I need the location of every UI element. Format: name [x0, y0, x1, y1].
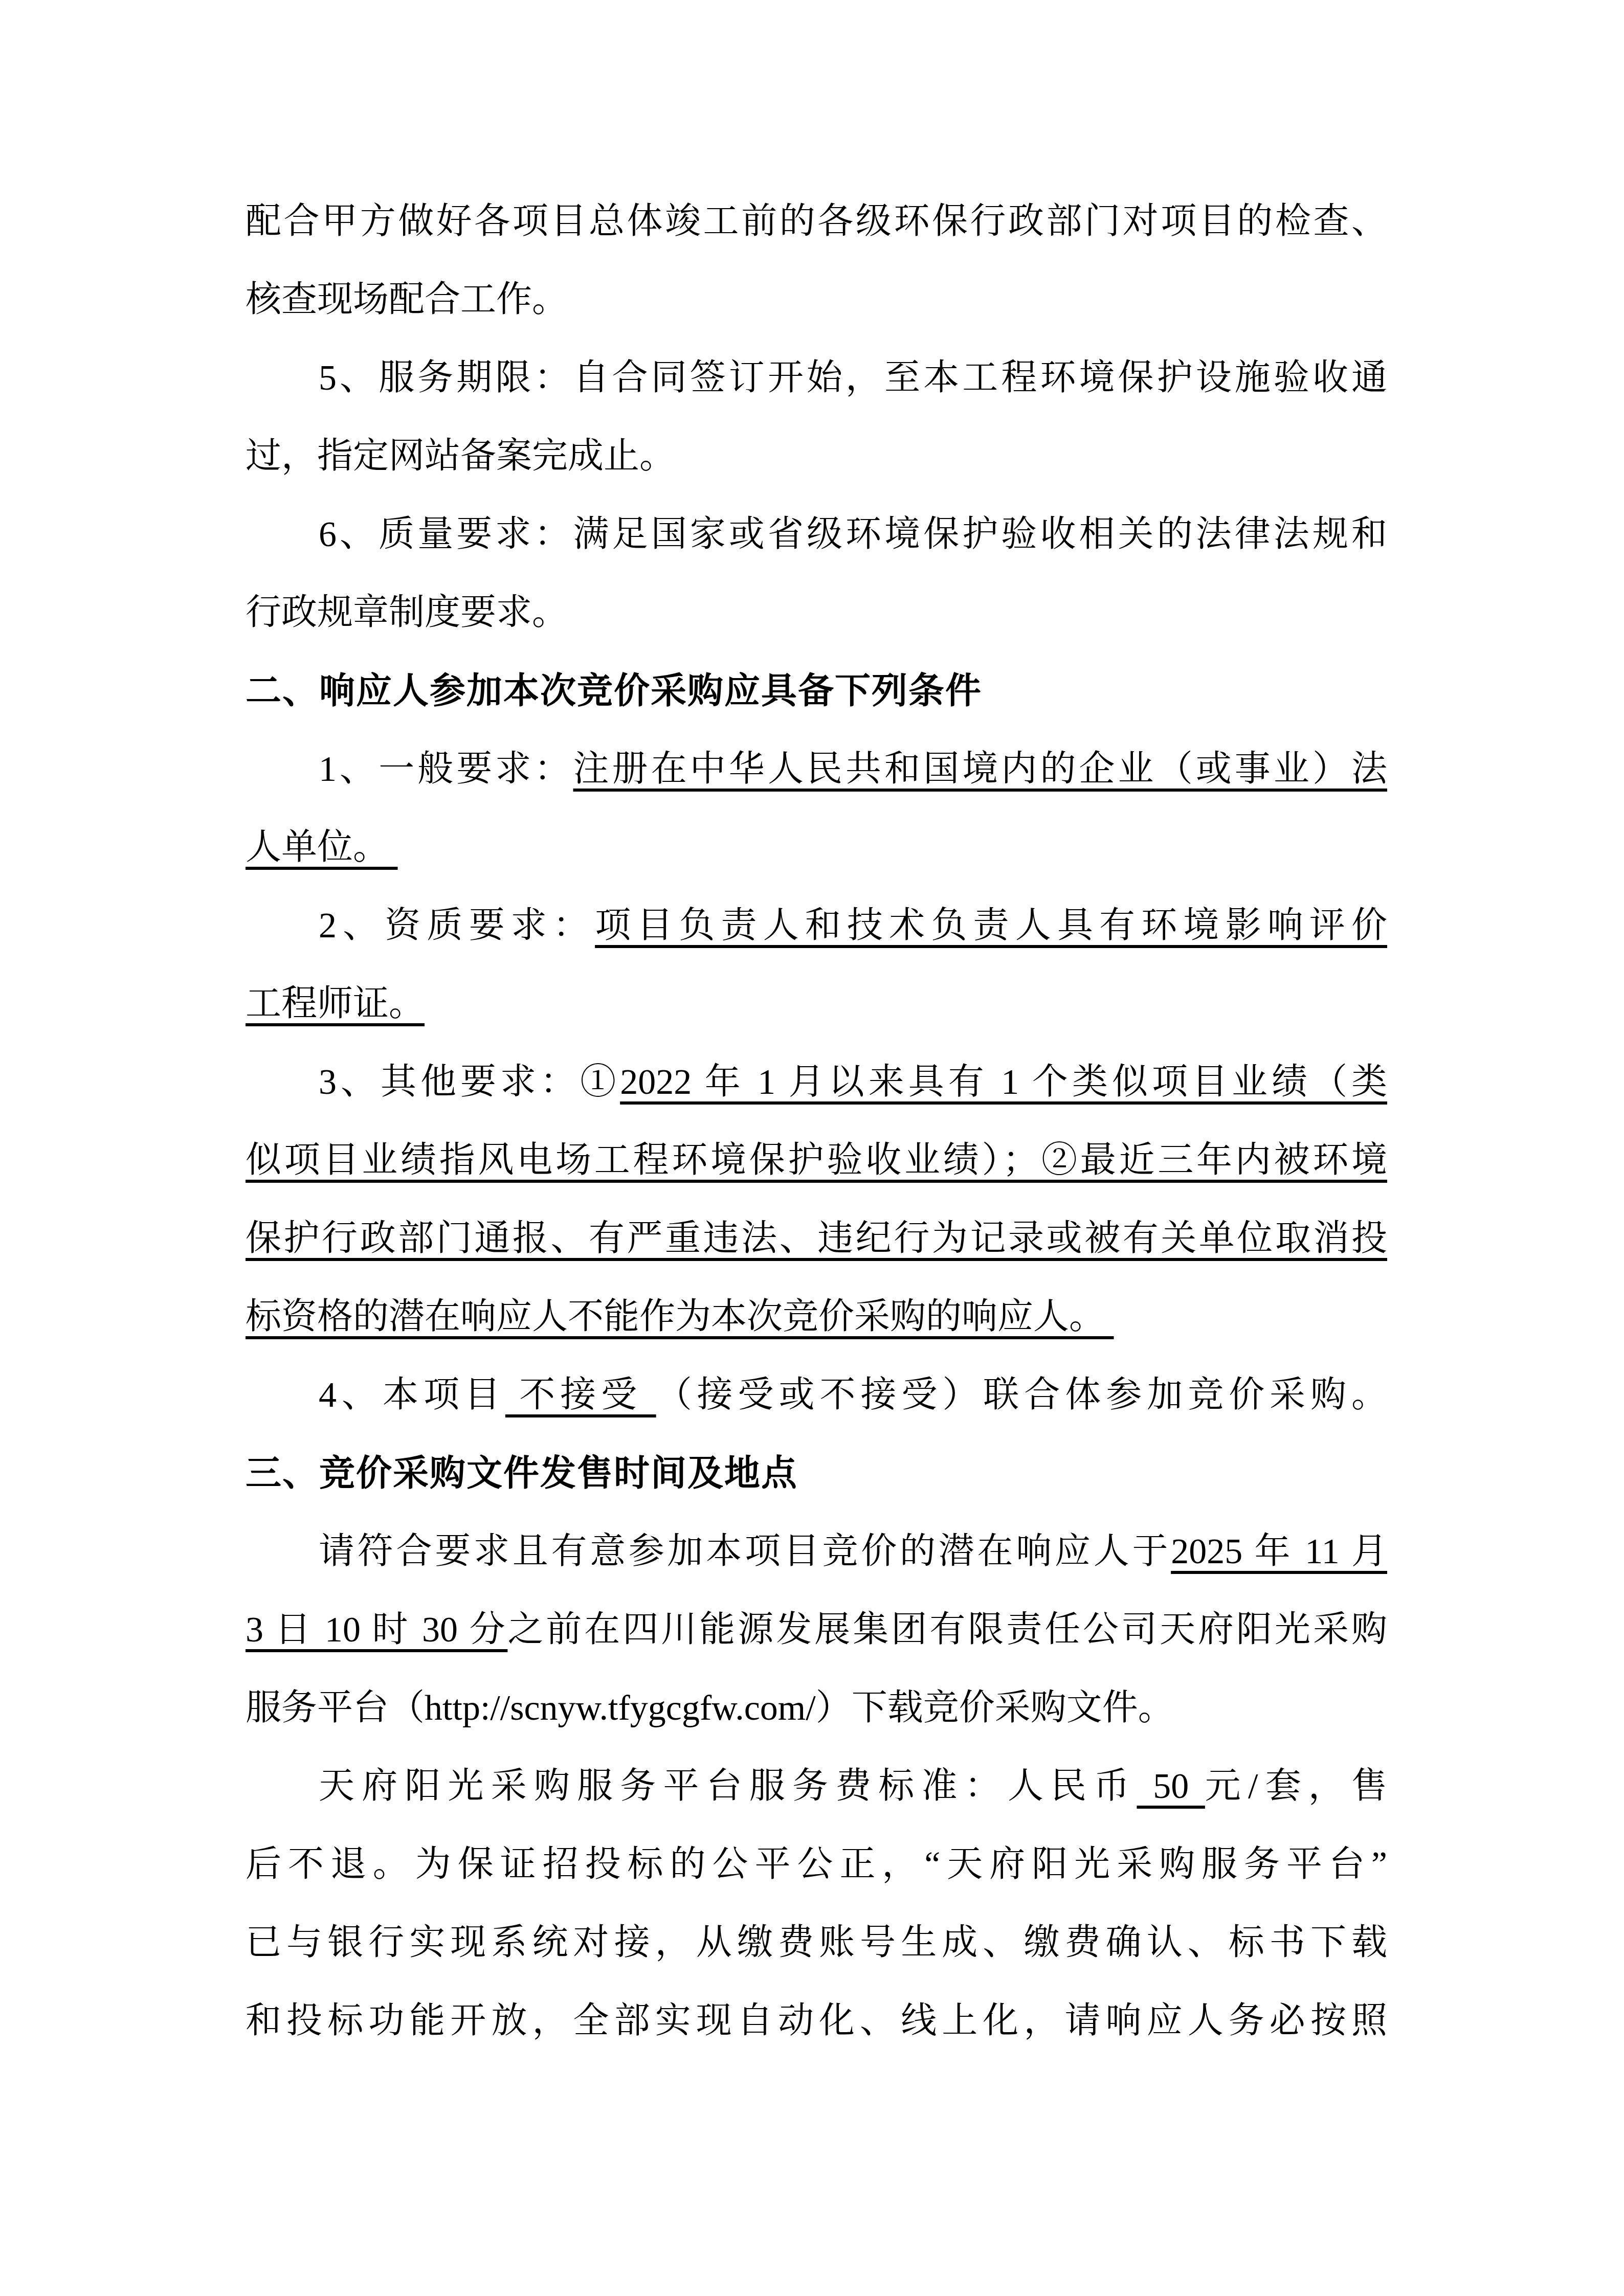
- text-segment: 元/套，售: [1205, 1767, 1387, 1806]
- text-segment: 配合甲方做好各项目总体竣工前的各级环保行政部门对项目的检查、: [246, 202, 1387, 241]
- sale-info-line-1: 请符合要求且有意参加本项目竞价的潜在响应人于2025 年 11 月: [246, 1513, 1387, 1591]
- text-segment: 三、竞价采购文件发售时间及地点: [246, 1453, 798, 1493]
- underlined-text: 似项目业绩指风电场工程环境保护验收业绩）；②最近三年内被环境: [246, 1141, 1387, 1180]
- document-content: 配合甲方做好各项目总体竣工前的各级环保行政部门对项目的检查、核查现场配合工作。5…: [246, 183, 1387, 2060]
- text-segment: 4、本项目: [319, 1376, 505, 1415]
- text-segment: 天府阳光采购服务平台服务费标准：人民币: [319, 1767, 1137, 1806]
- item-5-service-period-line-2: 过，指定网站备案完成止。: [246, 417, 1387, 496]
- sale-info-line-3: 服务平台（http://scnyw.tfygcgfw.com/）下载竞价采购文件…: [246, 1669, 1387, 1747]
- platform-fee-line-3: 已与银行实现系统对接，从缴费账号生成、缴费确认、标书下载: [246, 1904, 1387, 1982]
- text-segment: 6、质量要求：满足国家或省级环境保护验收相关的法律法规和: [319, 515, 1387, 554]
- body-line-1: 配合甲方做好各项目总体竣工前的各级环保行政部门对项目的检查、: [246, 183, 1387, 261]
- text-segment: 后不退。为保证招投标的公平公正，“天府阳光采购服务平台”: [246, 1845, 1387, 1884]
- item-3-other-line-2: 似项目业绩指风电场工程环境保护验收业绩）；②最近三年内被环境: [246, 1121, 1387, 1200]
- text-segment: 2、资质要求：: [319, 906, 595, 946]
- text-segment: 行政规章制度要求。: [246, 593, 568, 633]
- underlined-text: 2022 年 1 月以来具有 1 个类似项目业绩（类: [620, 1063, 1387, 1102]
- text-segment: 请符合要求且有意参加本项目竞价的潜在响应人于: [319, 1532, 1171, 1571]
- text-segment: 3、其他要求：①: [319, 1063, 620, 1102]
- text-segment: 5、服务期限：自合同签订开始，至本工程环境保护设施验收通: [319, 358, 1387, 398]
- section-heading-2: 二、响应人参加本次竞价采购应具备下列条件: [246, 652, 1387, 730]
- item-3-other-line-4: 标资格的潜在响应人不能作为本次竞价采购的响应人。: [246, 1278, 1387, 1356]
- sale-info-line-2: 3 日 10 时 30 分之前在四川能源发展集团有限责任公司天府阳光采购: [246, 1591, 1387, 1669]
- item-3-other-line-3: 保护行政部门通报、有严重违法、违纪行为记录或被有关单位取消投: [246, 1200, 1387, 1278]
- text-segment: 二、响应人参加本次竞价采购应具备下列条件: [246, 671, 982, 711]
- underlined-text: 50: [1137, 1767, 1205, 1806]
- text-segment: 之前在四川能源发展集团有限责任公司天府阳光采购: [507, 1610, 1387, 1650]
- text-segment: 已与银行实现系统对接，从缴费账号生成、缴费确认、标书下载: [246, 1923, 1387, 1963]
- item-1-general-line-1: 1、一般要求：注册在中华人民共和国境内的企业（或事业）法: [246, 730, 1387, 808]
- text-segment: 1、一般要求：: [319, 750, 573, 789]
- item-1-general-line-2: 人单位。: [246, 808, 1387, 887]
- body-line-2: 核查现场配合工作。: [246, 261, 1387, 339]
- item-2-qualification-line-2: 工程师证。: [246, 965, 1387, 1043]
- platform-fee-line-1: 天府阳光采购服务平台服务费标准：人民币 50 元/套，售: [246, 1747, 1387, 1826]
- text-segment: （接受或不接受）联合体参加竞价采购。: [656, 1376, 1387, 1415]
- underlined-text: 注册在中华人民共和国境内的企业（或事业）法: [573, 750, 1387, 789]
- item-5-service-period-line-1: 5、服务期限：自合同签订开始，至本工程环境保护设施验收通: [246, 339, 1387, 417]
- underlined-text: 人单位。: [246, 828, 398, 867]
- document-page: 配合甲方做好各项目总体竣工前的各级环保行政部门对项目的检查、核查现场配合工作。5…: [0, 0, 1624, 2296]
- underlined-text: 保护行政部门通报、有严重违法、违纪行为记录或被有关单位取消投: [246, 1219, 1387, 1258]
- item-3-other-line-1: 3、其他要求：①2022 年 1 月以来具有 1 个类似项目业绩（类: [246, 1043, 1387, 1121]
- text-segment: 服务平台（http://scnyw.tfygcgfw.com/）下载竞价采购文件…: [246, 1689, 1174, 1728]
- underlined-text: 项目负责人和技术负责人具有环境影响评价: [595, 906, 1387, 946]
- item-6-quality-line-1: 6、质量要求：满足国家或省级环境保护验收相关的法律法规和: [246, 496, 1387, 574]
- underlined-text: 标资格的潜在响应人不能作为本次竞价采购的响应人。: [246, 1297, 1114, 1337]
- text-segment: 和投标功能开放，全部实现自动化、线上化，请响应人务必按照: [246, 2001, 1387, 2041]
- underlined-text: 不接受: [505, 1376, 656, 1415]
- section-heading-3: 三、竞价采购文件发售时间及地点: [246, 1434, 1387, 1513]
- underlined-text: 工程师证。: [246, 984, 425, 1024]
- platform-fee-line-4: 和投标功能开放，全部实现自动化、线上化，请响应人务必按照: [246, 1982, 1387, 2060]
- item-2-qualification-line-1: 2、资质要求：项目负责人和技术负责人具有环境影响评价: [246, 887, 1387, 965]
- item-4-consortium-line: 4、本项目 不接受 （接受或不接受）联合体参加竞价采购。: [246, 1356, 1387, 1434]
- text-segment: 核查现场配合工作。: [246, 280, 568, 320]
- text-segment: 过，指定网站备案完成止。: [246, 437, 675, 476]
- platform-fee-line-2: 后不退。为保证招投标的公平公正，“天府阳光采购服务平台”: [246, 1826, 1387, 1904]
- underlined-text: 3 日 10 时 30 分: [246, 1610, 507, 1650]
- item-6-quality-line-2: 行政规章制度要求。: [246, 574, 1387, 652]
- underlined-text: 2025 年 11 月: [1171, 1532, 1387, 1571]
